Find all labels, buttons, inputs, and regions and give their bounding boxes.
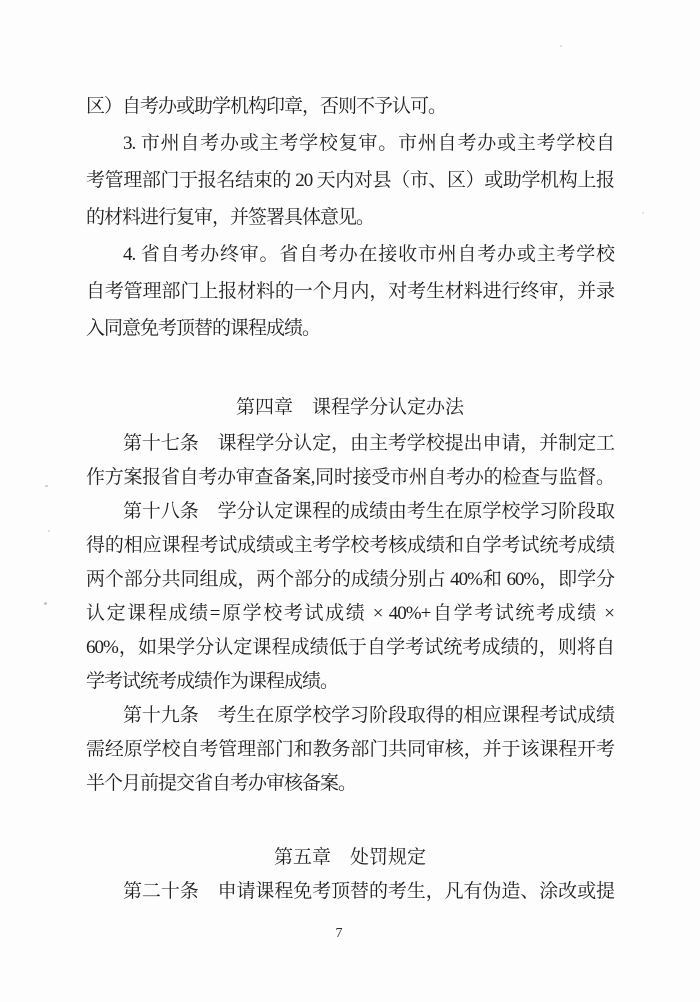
text-line: 自考管理部门上报材料的一个月内，对考生材料进行终审，并录 — [86, 273, 614, 310]
text-line: 4. 省自考办终审。省自考办在接收市州自考办或主考学校 — [86, 236, 614, 273]
text-line: 的材料进行复审，并签署具体意见。 — [86, 199, 614, 236]
scan-speck — [560, 45, 562, 47]
text-line: 考管理部门于报名结束的 20 天内对县（市、区）或助学机构上报 — [86, 162, 614, 199]
text-line: 得的相应课程考试成绩或主考学校考核成绩和自学考试统考成绩 — [86, 529, 614, 563]
scan-speck — [45, 485, 48, 487]
paragraph: 3. 市州自考办或主考学校复审。市州自考办或主考学校自考管理部门于报名结束的 2… — [86, 125, 614, 236]
paragraph: 第十九条 考生在原学校学习阶段取得的相应课程考试成绩需经原学校自考管理部门和教务… — [86, 699, 614, 801]
paragraph: 4. 省自考办终审。省自考办在接收市州自考办或主考学校自考管理部门上报材料的一个… — [86, 236, 614, 347]
text-line: 学考试统考成绩作为课程成绩。 — [86, 665, 614, 699]
scan-speck — [44, 602, 47, 605]
text-line: 第十八条 学分认定课程的成绩由考生在原学校学习阶段取 — [86, 495, 614, 529]
text-line: 第十九条 考生在原学校学习阶段取得的相应课程考试成绩 — [86, 699, 614, 733]
text-line: 3. 市州自考办或主考学校复审。市州自考办或主考学校自 — [86, 125, 614, 162]
paragraph: 第十七条 课程学分认定，由主考学校提出申请，并制定工作方案报省自考办审查备案,同… — [86, 427, 614, 495]
scanned-document-page: 区）自考办或助学机构印章，否则不予认可。3. 市州自考办或主考学校复审。市州自考… — [0, 0, 700, 1002]
scan-speck — [48, 530, 50, 532]
text-line: 半个月前提交省自考办审核备案。 — [86, 767, 614, 801]
text-line: 第四章 课程学分认定办法 — [86, 391, 614, 425]
text-line: 认定课程成绩=原学校考试成绩 × 40%+自学考试统考成绩 × — [86, 597, 614, 631]
paragraph: 区）自考办或助学机构印章，否则不予认可。 — [86, 88, 614, 125]
chapter-heading: 第四章 课程学分认定办法 — [86, 391, 614, 425]
scan-speck — [642, 212, 644, 214]
text-line: 两个部分共同组成，两个部分的成绩分别占 40%和 60%，即学分 — [86, 563, 614, 597]
text-line: 第十七条 课程学分认定，由主考学校提出申请，并制定工 — [86, 427, 614, 461]
chapter-heading: 第五章 处罚规定 — [86, 841, 614, 875]
text-line: 第五章 处罚规定 — [86, 841, 614, 875]
paragraph: 第十八条 学分认定课程的成绩由考生在原学校学习阶段取得的相应课程考试成绩或主考学… — [86, 495, 614, 699]
text-line: 60%，如果学分认定课程成绩低于自学考试统考成绩的，则将自 — [86, 631, 614, 665]
page-number: 7 — [0, 926, 678, 942]
text-line: 需经原学校自考管理部门和教务部门共同审核，并于该课程开考 — [86, 733, 614, 767]
text-line: 入同意免考顶替的课程成绩。 — [86, 310, 614, 347]
text-line: 第二十条 申请课程免考顶替的考生，凡有伪造、涂改或提 — [86, 875, 614, 909]
document-content: 区）自考办或助学机构印章，否则不予认可。3. 市州自考办或主考学校复审。市州自考… — [86, 88, 614, 909]
text-line: 作方案报省自考办审查备案,同时接受市州自考办的检查与监督。 — [86, 461, 614, 495]
paragraph: 第二十条 申请课程免考顶替的考生，凡有伪造、涂改或提 — [86, 875, 614, 909]
text-line: 区）自考办或助学机构印章，否则不予认可。 — [86, 88, 614, 125]
